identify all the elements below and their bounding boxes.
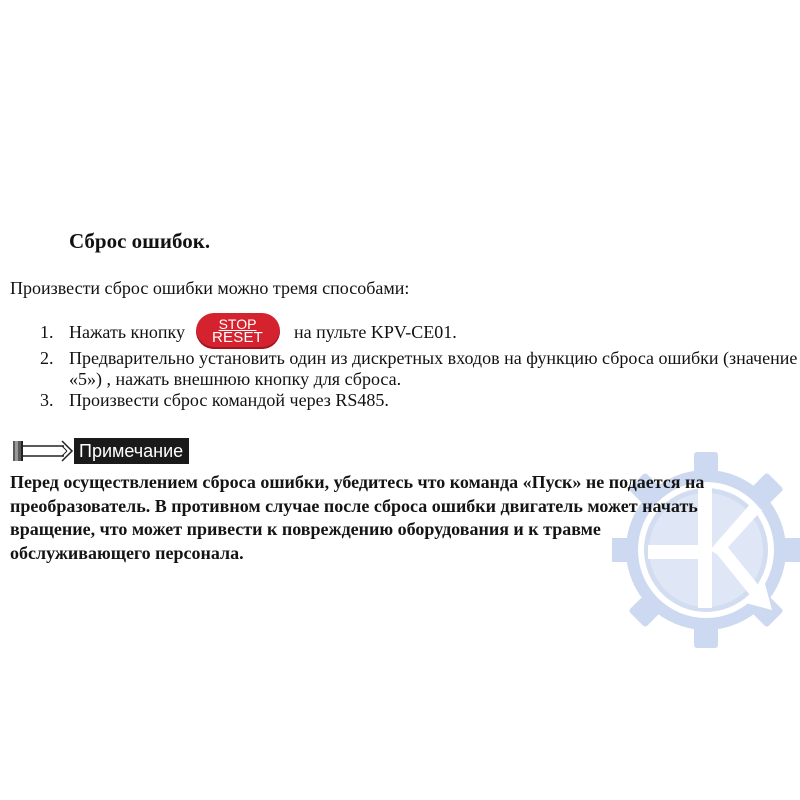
intro-text: Произвести сброс ошибки можно тремя спос… <box>10 278 409 299</box>
reset-label: RESET <box>212 331 263 345</box>
note-body: Перед осуществлением сброса ошибки, убед… <box>10 471 790 565</box>
note-line: обслуживающего персонала. <box>10 542 790 566</box>
list-number: 1. <box>40 322 54 343</box>
note-line: Перед осуществлением сброса ошибки, убед… <box>10 471 790 495</box>
list-number: 3. <box>40 390 54 411</box>
section-heading: Сброс ошибок. <box>69 229 210 254</box>
list-number: 2. <box>40 348 54 369</box>
list-text: Предварительно установить один из дискре… <box>69 348 797 389</box>
note-header: Примечание <box>12 438 189 464</box>
list-text: Нажать кнопку <box>69 322 185 342</box>
list-item: 2. Предварительно установить один из дис… <box>40 348 800 390</box>
note-line: преобразователь. В противном случае посл… <box>10 495 790 519</box>
list-text: Произвести сброс командой через RS485. <box>69 390 389 410</box>
note-label: Примечание <box>74 438 189 464</box>
list-text: на пульте KPV-CE01. <box>294 322 457 342</box>
list-item: 3. Произвести сброс командой через RS485… <box>40 390 800 411</box>
stop-reset-button: STOP RESET <box>196 313 280 349</box>
pencil-arrow-icon <box>12 438 74 464</box>
note-line: вращение, что может привести к поврежден… <box>10 518 790 542</box>
reset-methods-list: 1. Нажать кнопку STOP RESET на пульте KP… <box>40 322 800 411</box>
